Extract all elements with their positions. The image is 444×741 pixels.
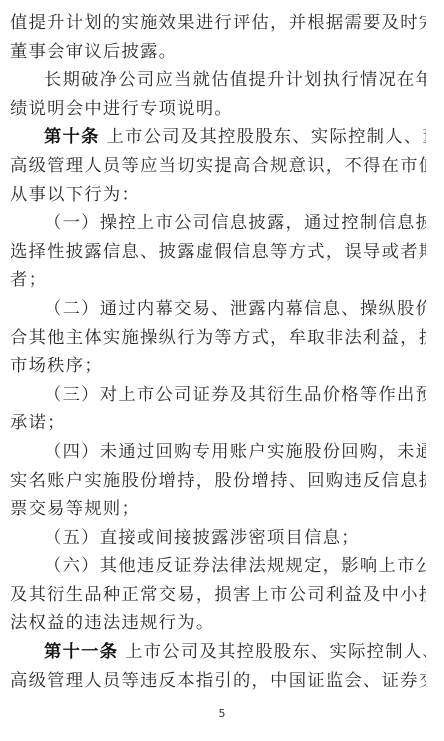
list-item-line: （一）操控上市公司信息披露，通过控制信息披露节奏、: [10, 209, 426, 238]
article-number: 第十一条: [44, 642, 118, 662]
text-line: 高级管理人员等违反本指引的，中国证监会、证券交易所根: [10, 667, 426, 696]
text-line: 董事会审议后披露。: [10, 38, 426, 67]
text-line: 合其他主体实施操纵行为等方式，牟取非法利益，扰乱资本: [10, 324, 426, 353]
text-line: 法权益的违法违规行为。: [10, 609, 426, 638]
list-item-line: （三）对上市公司证券及其衍生品价格等作出预测或者: [10, 381, 426, 410]
article-number: 第十条: [44, 127, 100, 147]
article-10-heading-line: 第十条 上市公司及其控股股东、实际控制人、董事、: [10, 123, 426, 152]
text-line: 从事以下行为：: [10, 181, 426, 210]
document-page: 值提升计划的实施效果进行评估，并根据需要及时完善，经 董事会审议后披露。 长期破…: [10, 9, 426, 695]
text-line: 市场秩序；: [10, 352, 426, 381]
article-text: 上市公司及其控股股东、实际控制人、董事、: [100, 127, 426, 147]
list-item-line: （四）未通过回购专用账户实施股份回购，未通过相应: [10, 438, 426, 467]
text-line: 票交易等规则；: [10, 495, 426, 524]
text-line: 承诺；: [10, 409, 426, 438]
text-line: 及其衍生品种正常交易，损害上市公司利益及中小投资者合: [10, 581, 426, 610]
list-item-line: （六）其他违反证券法律法规规定，影响上市公司证券: [10, 552, 426, 581]
list-item-line: （五）直接或间接披露涉密项目信息；: [10, 524, 426, 553]
page-number: 5: [0, 707, 444, 720]
text-line: 长期破净公司应当就估值提升计划执行情况在年度业: [10, 66, 426, 95]
text-line: 高级管理人员等应当切实提高合规意识，不得在市值管理中: [10, 152, 426, 181]
article-text: 上市公司及其控股股东、实际控制人、董事、: [118, 642, 426, 662]
text-line: 者；: [10, 266, 426, 295]
list-item-line: （二）通过内幕交易、泄露内幕信息、操纵股价或者配: [10, 295, 426, 324]
text-line: 实名账户实施股份增持，股份增持、回购违反信息披露或股: [10, 467, 426, 496]
text-line: 绩说明会中进行专项说明。: [10, 95, 426, 124]
text-line: 值提升计划的实施效果进行评估，并根据需要及时完善，经: [10, 9, 426, 38]
text-line: 选择性披露信息、披露虚假信息等方式，误导或者欺骗投资: [10, 238, 426, 267]
article-11-heading-line: 第十一条 上市公司及其控股股东、实际控制人、董事、: [10, 638, 426, 667]
